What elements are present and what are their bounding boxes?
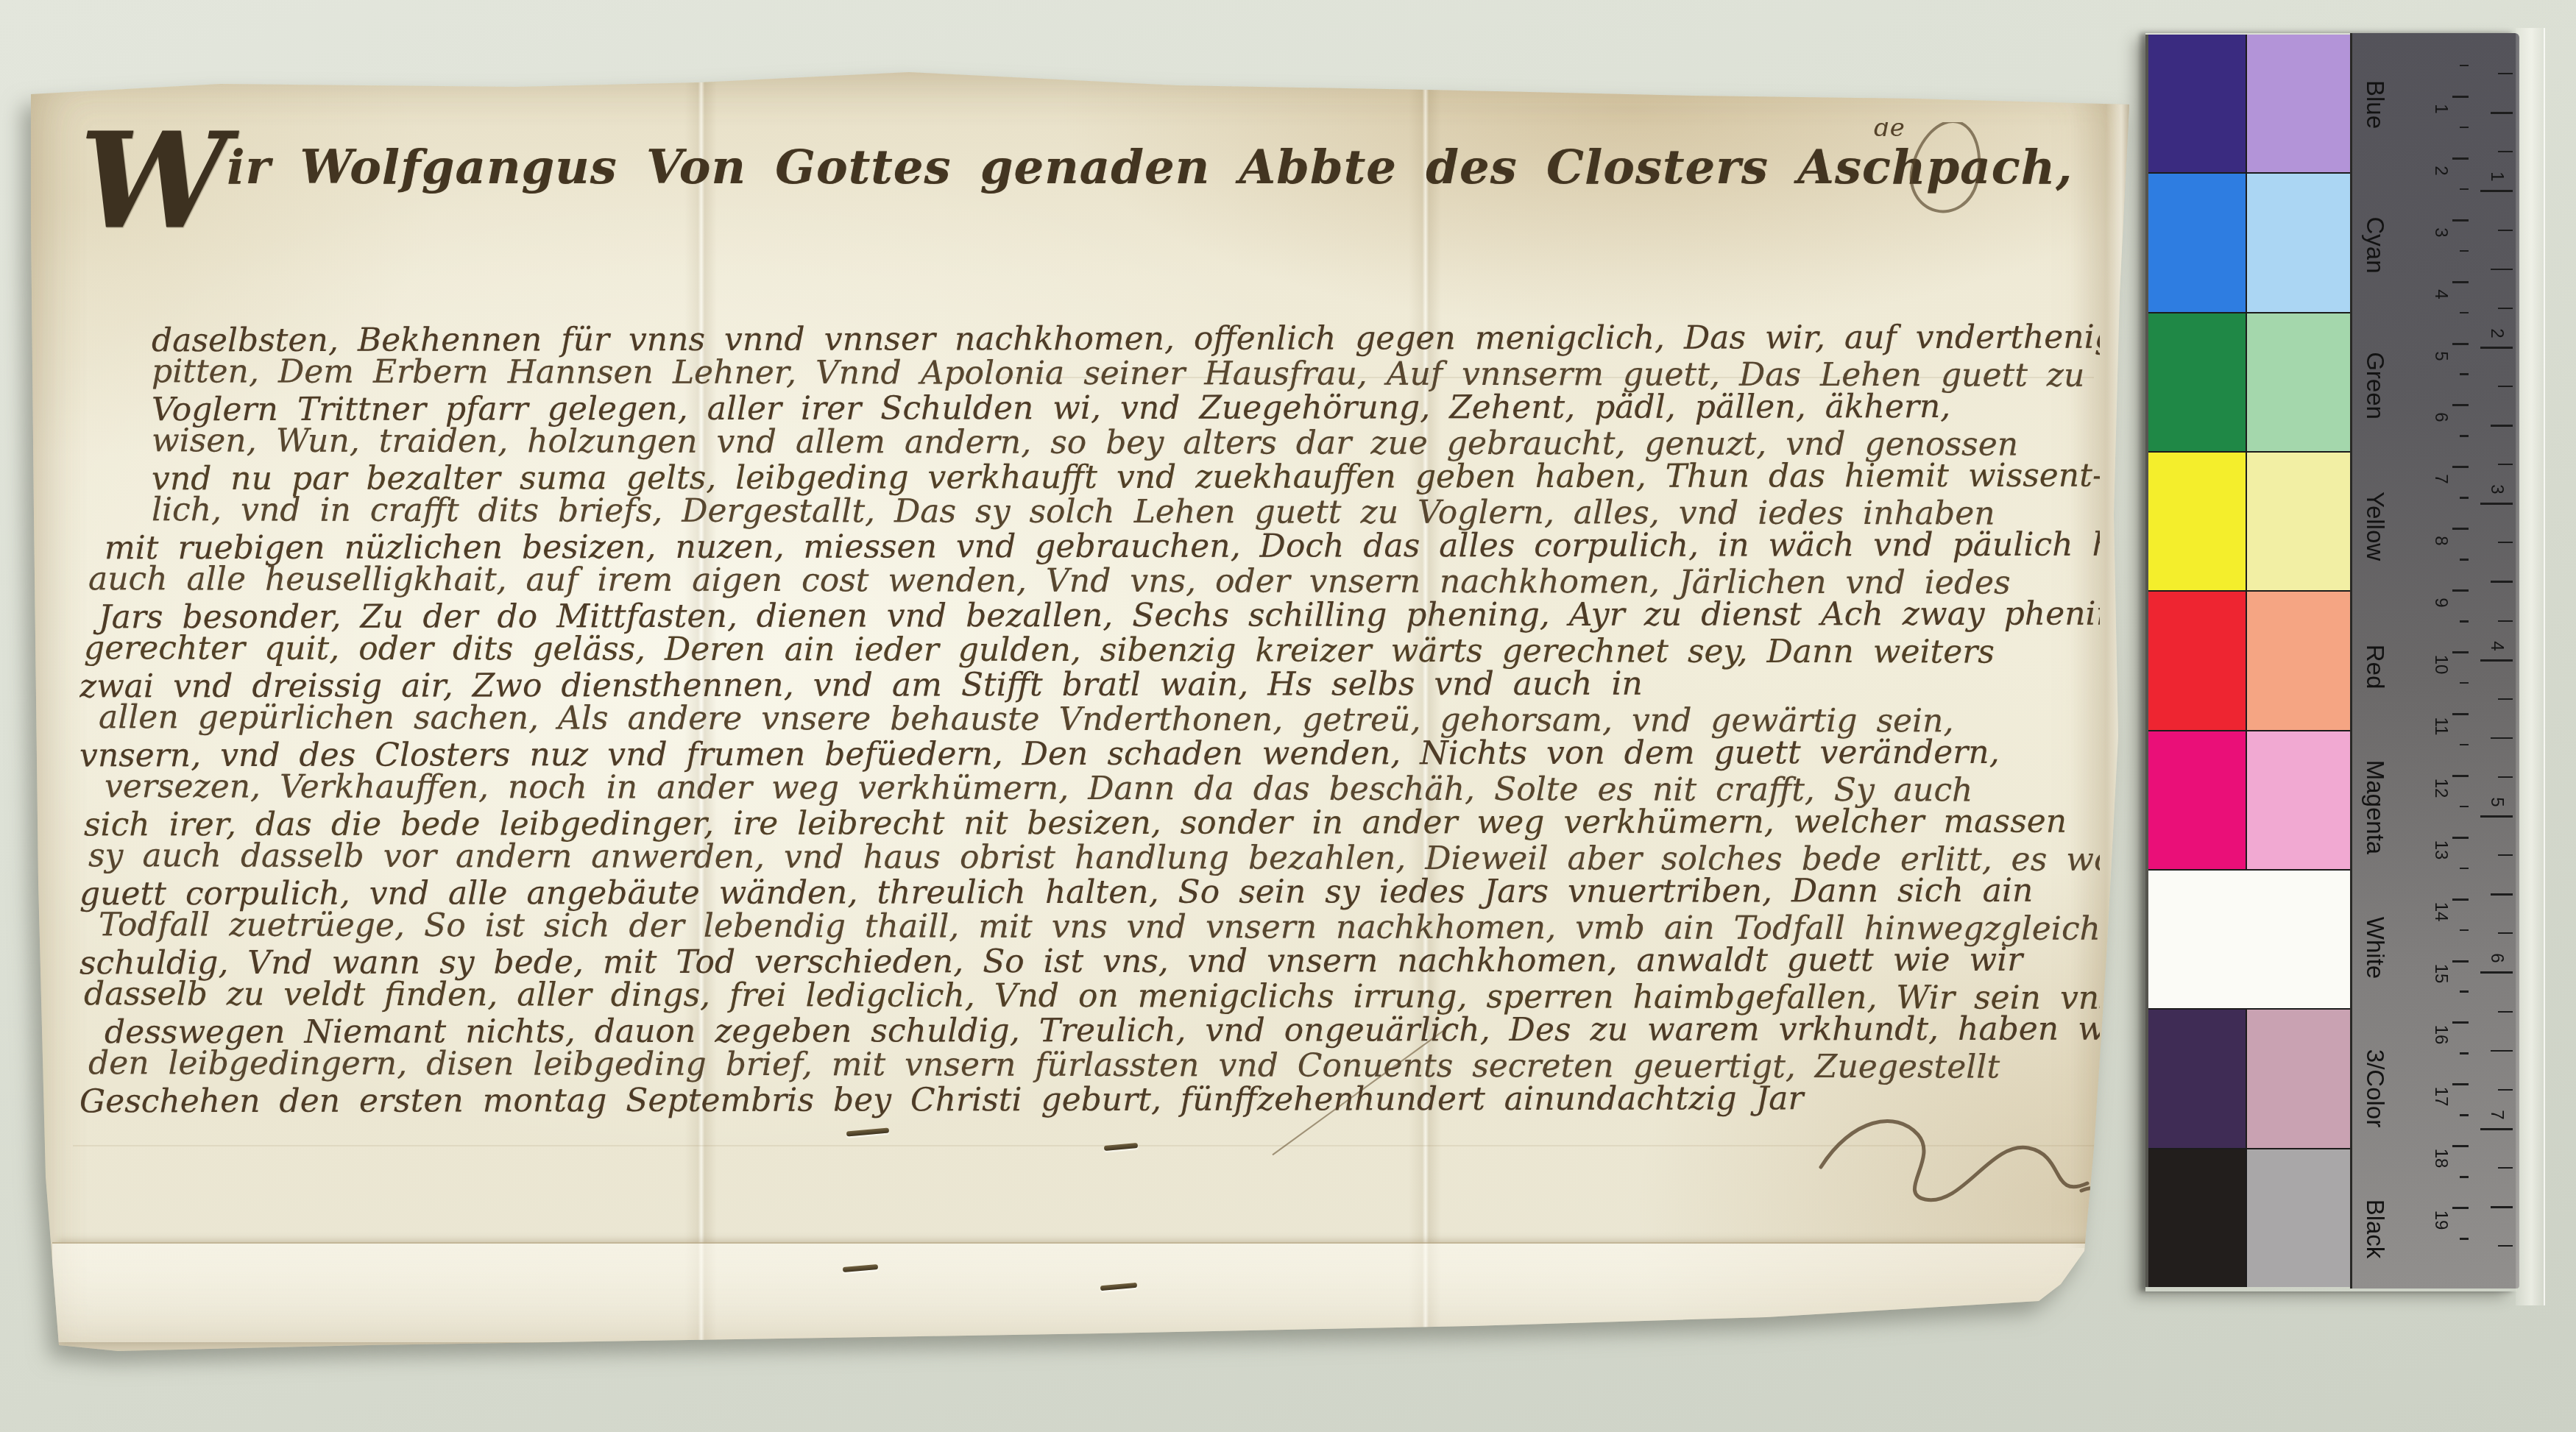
manuscript-line: Geschehen den ersten montag Septembris b… — [79, 1081, 2100, 1119]
ruler-tick — [2460, 620, 2469, 623]
ruler-number: 7 — [2430, 469, 2451, 489]
ruler-tick — [2452, 1145, 2469, 1147]
manuscript-line: dasselb zu veldt finden, aller dings, fr… — [84, 976, 2100, 1015]
ruler-number: 12 — [2430, 778, 2451, 798]
ruler-tick — [2452, 898, 2469, 901]
superscript-flourish: de — [1874, 122, 1905, 143]
ruler-tick — [2498, 776, 2513, 778]
ruler-tick — [2498, 464, 2513, 465]
ruler-number: 17 — [2430, 1086, 2451, 1107]
ruler-number: 1 — [2486, 166, 2507, 187]
ruler-tick — [2460, 744, 2469, 746]
patch-label-green: Green — [2355, 316, 2395, 455]
color-patch-grid — [2145, 35, 2353, 1287]
ruler-number: 14 — [2430, 901, 2451, 922]
ruler-tick — [2480, 503, 2513, 505]
ruler-number: 7 — [2486, 1105, 2507, 1125]
manuscript-line: vnd nu par bezalter suma gelts, leibgedi… — [152, 458, 2100, 497]
photograph-of-charter: Wir Wolfgangus Von Gottes genaden Abbte … — [0, 0, 2576, 1432]
ruler-number: 5 — [2486, 792, 2507, 812]
patch-row-3-color — [2148, 1010, 2353, 1147]
patch-row-black — [2148, 1149, 2353, 1287]
ruler-tick — [2498, 932, 2513, 934]
ruler-tick — [2460, 1052, 2469, 1054]
ruler-number: 9 — [2430, 592, 2451, 613]
ruler-tick — [2460, 1114, 2469, 1116]
patch-row-white — [2148, 871, 2353, 1008]
manuscript-line: versezen, Verkhauffen, noch in ander weg… — [105, 769, 2100, 808]
manuscript-line: wisen, Wun, traiden, holzungen vnd allem… — [152, 423, 2100, 462]
ruler-number: 3 — [2430, 222, 2451, 243]
ruler-tick — [2498, 1245, 2513, 1247]
patch-label-yellow: Yellow — [2355, 456, 2395, 595]
ruler-tick — [2498, 698, 2513, 700]
patch-saturated — [2148, 1010, 2246, 1147]
patch-row-red — [2148, 592, 2353, 729]
manuscript-line: Todfall zuetrüege, So ist sich der leben… — [99, 907, 2100, 946]
ruler-tick — [2480, 347, 2513, 349]
flourish-oval-loop — [1902, 122, 1992, 220]
ruler-tick — [2460, 127, 2469, 129]
parchment-charter: Wir Wolfgangus Von Gottes genaden Abbte … — [31, 71, 2136, 1366]
ruler-number: 13 — [2430, 840, 2451, 860]
ruler-number: 6 — [2486, 948, 2507, 968]
ruler-tick — [2491, 112, 2513, 114]
patch-label-cyan: Cyan — [2355, 175, 2395, 314]
kodak-color-control-strip: KODAK Color Control Patches © The Tiffen… — [2145, 33, 2517, 1291]
ruler-tick — [2460, 990, 2469, 993]
ruler-number: 15 — [2430, 963, 2451, 984]
manuscript-line: mit ruebigen nüzlichen besizen, nuzen, m… — [105, 528, 2100, 566]
ruler-number: 18 — [2430, 1148, 2451, 1169]
ruler-tick — [2452, 281, 2469, 283]
ruler-tick — [2452, 466, 2469, 468]
ruler-tick — [2460, 559, 2469, 561]
ruler-tick — [2498, 542, 2513, 543]
ruler-tick — [2452, 713, 2469, 715]
manuscript-line: sy auch dasselb vor andern anwerden, vnd… — [88, 838, 2100, 877]
ruler-number: 5 — [2430, 346, 2451, 366]
manuscript-line: den leibgedingern, disen leibgeding brie… — [88, 1046, 2100, 1085]
patch-tint — [2247, 35, 2353, 172]
ruler-tick — [2452, 589, 2469, 592]
ruler-tick — [2498, 308, 2513, 309]
patch-label-red: Red — [2355, 597, 2395, 736]
patch-saturated — [2148, 592, 2246, 729]
ruler-tick — [2480, 1128, 2513, 1130]
patch-saturated — [2148, 35, 2246, 172]
patch-tint — [2247, 1010, 2353, 1147]
ruler-tick — [2498, 151, 2513, 152]
ruler-tick — [2460, 868, 2469, 870]
patch-saturated — [2148, 453, 2246, 590]
ruler-tick — [2460, 806, 2469, 808]
ruler-tick — [2491, 1050, 2513, 1052]
patch-saturated — [2148, 313, 2246, 451]
ruler-number: 1 — [2430, 99, 2451, 119]
manuscript-line: lich, vnd in crafft dits briefs, Dergest… — [152, 492, 2100, 531]
notary-paraph-squiggle — [1808, 1096, 2100, 1229]
ruler-tick — [2452, 219, 2469, 221]
manuscript-text-block: Wir Wolfgangus Von Gottes genaden Abbte … — [79, 122, 2100, 1270]
manuscript-body-lines: daselbsten, Bekhennen für vnns vnnd vnns… — [79, 322, 2100, 1117]
ruler-number: 6 — [2430, 407, 2451, 428]
ruler-tick — [2452, 1083, 2469, 1085]
patch-tint — [2247, 731, 2353, 869]
ruler-tick — [2498, 854, 2513, 856]
ruler-tick — [2498, 1089, 2513, 1091]
manuscript-line: schuldig, Vnd wann sy bede, mit Tod vers… — [79, 943, 2100, 981]
patch-row-green — [2148, 313, 2353, 451]
ruler-number: 11 — [2430, 716, 2451, 737]
ruler-tick — [2460, 1176, 2469, 1178]
ruler-tick — [2452, 960, 2469, 963]
manuscript-line: allen gepürlichen sachen, Als andere vns… — [99, 700, 2100, 739]
illuminated-initial-W: W — [79, 122, 222, 241]
ruler-tick — [2480, 971, 2513, 974]
ruler-tick — [2452, 343, 2469, 345]
patch-saturated — [2148, 731, 2246, 869]
ruler-tick — [2452, 1207, 2469, 1209]
ruler-number: 3 — [2486, 479, 2507, 500]
ruler-tick — [2491, 893, 2513, 896]
ruler-tick — [2452, 528, 2469, 530]
patch-row-magenta — [2148, 731, 2353, 869]
ruler-number: 2 — [2430, 160, 2451, 181]
ruler-tick — [2498, 1167, 2513, 1169]
ruler-number: 10 — [2430, 654, 2451, 675]
patch-saturated — [2148, 174, 2246, 311]
patch-row-blue — [2148, 35, 2353, 172]
manuscript-line: pitten, Dem Erbern Hannsen Lehner, Vnnd … — [152, 354, 2100, 393]
ruler-number: 4 — [2486, 636, 2507, 656]
manuscript-line: Voglern Trittner pfarr gelegen, aller ir… — [152, 389, 2100, 428]
patch-white — [2148, 871, 2353, 1008]
ruler-number: 4 — [2430, 284, 2451, 305]
ruler-tick — [2460, 682, 2469, 684]
ruler-tick — [2460, 250, 2469, 252]
grey-label-band: KODAK Color Control Patches © The Tiffen… — [2350, 33, 2519, 1289]
ruler-tick — [2460, 1238, 2469, 1240]
manuscript-line: daselbsten, Bekhennen für vnns vnnd vnns… — [152, 320, 2100, 358]
ruler-number: 19 — [2430, 1210, 2451, 1230]
manuscript-line: zwai vnd dreissig air, Zwo diensthennen,… — [79, 666, 2100, 704]
patch-label-3-color: 3/Color — [2355, 1019, 2395, 1158]
patch-row-cyan — [2148, 174, 2353, 311]
ruler-tick — [2460, 929, 2469, 932]
ruler-tick — [2498, 620, 2513, 622]
ruler-tick — [2480, 659, 2513, 662]
ruler-tick — [2498, 386, 2513, 387]
ruler-tick — [2491, 269, 2513, 271]
manuscript-line: Jars besonder, Zu der do Mittfasten, die… — [99, 597, 2100, 635]
patch-label-magenta: Magenta — [2355, 738, 2395, 877]
ruler-tick — [2460, 312, 2469, 314]
patch-saturated — [2148, 1149, 2246, 1287]
manuscript-line: guett corpulich, vnd alle angebäute wänd… — [79, 873, 2100, 912]
ruler-tick — [2460, 188, 2469, 191]
ruler-tick — [2460, 435, 2469, 437]
ruler-tick — [2491, 581, 2513, 583]
ruler-number: 8 — [2430, 531, 2451, 551]
ruler-number: 2 — [2486, 323, 2507, 344]
ruler-tick — [2498, 73, 2513, 74]
manuscript-opening-line: Wir Wolfgangus Von Gottes genaden Abbte … — [79, 122, 2100, 295]
patch-label-black: Black — [2355, 1160, 2395, 1299]
manuscript-line: desswegen Niemant nichts, dauon zegeben … — [105, 1012, 2100, 1050]
ruler-tick — [2452, 157, 2469, 160]
manuscript-line: auch alle heuselligkhait, auf irem aigen… — [88, 561, 2100, 600]
patch-tint — [2247, 313, 2353, 451]
patch-row-yellow — [2148, 453, 2353, 590]
manuscript-line: gerechter quit, oder dits geläss, Deren … — [84, 631, 2100, 670]
patch-tint — [2247, 174, 2353, 311]
ruler-tick — [2460, 497, 2469, 499]
ruler-tick — [2452, 837, 2469, 839]
ruler-tick — [2460, 65, 2469, 67]
ruler-tick — [2452, 96, 2469, 98]
ruler-tick — [2491, 737, 2513, 740]
ruler-tick — [2452, 1021, 2469, 1024]
ruler-tick — [2491, 1206, 2513, 1208]
ruler-tick — [2498, 1011, 2513, 1013]
opening-line-text: ir Wolfgangus Von Gottes genaden Abbte d… — [227, 140, 2100, 195]
manuscript-line: vnsern, vnd des Closters nuz vnd frumen … — [79, 735, 2100, 773]
patch-label-white: White — [2355, 879, 2395, 1018]
ruler-tick — [2491, 425, 2513, 427]
patch-tint — [2247, 453, 2353, 590]
ruler-tick — [2460, 373, 2469, 375]
ruler-tick — [2480, 190, 2513, 192]
patch-tint — [2247, 592, 2353, 729]
plastic-sleeve-edge — [2516, 28, 2545, 1305]
manuscript-line: sich irer, das die bede leibgedinger, ir… — [84, 804, 2100, 843]
ruler-tick — [2498, 230, 2513, 231]
ruler-tick — [2480, 815, 2513, 818]
patch-label-blue: Blue — [2355, 35, 2395, 174]
ruler-tick — [2452, 651, 2469, 653]
ruler-tick — [2452, 404, 2469, 406]
ruler-tick — [2452, 775, 2469, 777]
ruler-number: 16 — [2430, 1024, 2451, 1045]
patch-tint — [2247, 1149, 2353, 1287]
